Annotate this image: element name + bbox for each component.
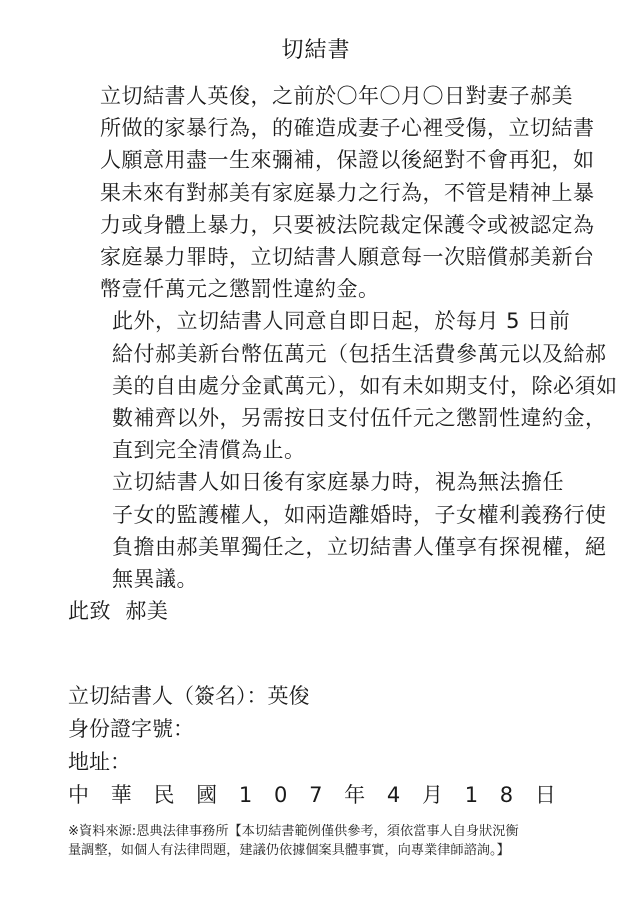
paragraph-2: 此外，立切結書人同意自即日起，於每月 5 日前 給付郝美新台幣伍萬元（包括生活費… bbox=[68, 305, 564, 466]
date-char: 月 bbox=[422, 779, 443, 812]
text-line: 幣壹仟萬元之懲罰性違約金。 bbox=[68, 273, 564, 305]
date-line: 中 華 民 國 1 0 7 年 4 月 1 8 日 bbox=[68, 779, 556, 812]
text-line: 數補齊以外，另需按日支付伍仟元之懲罰性違約金， bbox=[68, 402, 564, 434]
text-line: 立切結書人如日後有家庭暴力時，視為無法擔任 bbox=[68, 466, 564, 498]
date-char: 1 bbox=[465, 779, 478, 812]
footnote-line: 量調整，如個人有法律問題，建議仍依據個案具體事實，向專業律師諮詢。】 bbox=[68, 841, 568, 860]
date-char: 華 bbox=[111, 779, 132, 812]
date-char: 4 bbox=[387, 779, 400, 812]
text-line: 負擔由郝美單獨任之，立切結書人僅享有探視權，絕 bbox=[68, 531, 564, 563]
date-char: 8 bbox=[500, 779, 513, 812]
signature-block: 立切結書人（簽名）：英俊 身份證字號： 地址： 中 華 民 國 1 0 7 年 … bbox=[68, 680, 564, 812]
date-char: 民 bbox=[153, 779, 174, 812]
date-char: 1 bbox=[239, 779, 252, 812]
text-line: 力或身體上暴力，只要被法院裁定保護令或被認定為 bbox=[68, 209, 564, 241]
address-label: 地址： bbox=[68, 746, 564, 779]
date-char: 國 bbox=[196, 779, 217, 812]
text-line: 子女的監護權人，如兩造離婚時，子女權利義務行使 bbox=[68, 499, 564, 531]
date-char: 年 bbox=[344, 779, 365, 812]
text-line: 給付郝美新台幣伍萬元（包括生活費參萬元以及給郝 bbox=[68, 338, 564, 370]
date-char: 中 bbox=[68, 779, 89, 812]
footnote-line: ※資料來源:恩典法律事務所【本切結書範例僅供參考，須依當事人自身狀況衡 bbox=[68, 822, 568, 841]
text-line: 此外，立切結書人同意自即日起，於每月 5 日前 bbox=[68, 305, 564, 337]
text-line: 立切結書人英俊，之前於〇年〇月〇日對妻子郝美 bbox=[68, 80, 564, 112]
paragraph-1: 立切結書人英俊，之前於〇年〇月〇日對妻子郝美 所做的家暴行為，的確造成妻子心裡受… bbox=[68, 80, 564, 305]
salutation: 此致 郝美 bbox=[68, 595, 564, 627]
text-line: 家庭暴力罪時，立切結書人願意每一次賠償郝美新台 bbox=[68, 241, 564, 273]
text-line: 直到完全清償為止。 bbox=[68, 434, 564, 466]
document-body: 立切結書人英俊，之前於〇年〇月〇日對妻子郝美 所做的家暴行為，的確造成妻子心裡受… bbox=[68, 80, 564, 627]
document-title: 切結書 bbox=[68, 36, 564, 66]
id-number-label: 身份證字號： bbox=[68, 713, 564, 746]
text-line: 無異議。 bbox=[68, 563, 564, 595]
signer-label: 立切結書人（簽名）：英俊 bbox=[68, 680, 564, 713]
source-footnote: ※資料來源:恩典法律事務所【本切結書範例僅供參考，須依當事人自身狀況衡 量調整，… bbox=[68, 822, 568, 860]
text-line: 人願意用盡一生來彌補，保證以後絕對不會再犯，如 bbox=[68, 144, 564, 176]
date-char: 0 bbox=[274, 779, 287, 812]
paragraph-3: 立切結書人如日後有家庭暴力時，視為無法擔任 子女的監護權人，如兩造離婚時，子女權… bbox=[68, 466, 564, 595]
text-line: 所做的家暴行為，的確造成妻子心裡受傷，立切結書 bbox=[68, 112, 564, 144]
date-char: 日 bbox=[535, 779, 556, 812]
text-line: 果未來有對郝美有家庭暴力之行為，不管是精神上暴 bbox=[68, 177, 564, 209]
text-line: 美的自由處分金貳萬元），如有未如期支付，除必須如 bbox=[68, 370, 564, 402]
date-char: 7 bbox=[309, 779, 322, 812]
